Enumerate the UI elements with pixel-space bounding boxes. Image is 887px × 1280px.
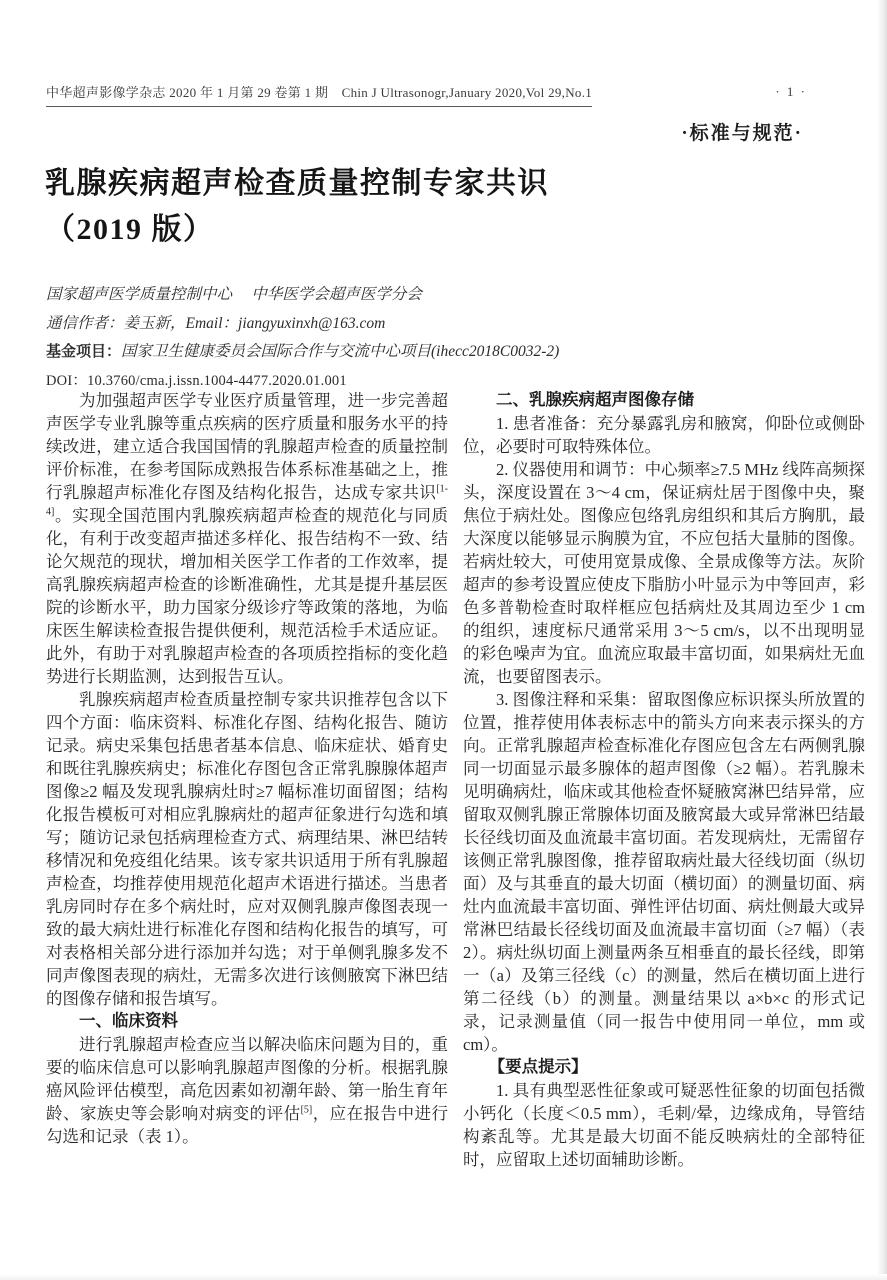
fund-text: 国家卫生健康委员会国际合作与交流中心项目(ihecc2018C0032-2) <box>121 343 559 360</box>
affiliation-line: 国家超声医学质量控制中心 中华医学会超声医学分会 <box>46 281 559 310</box>
journal-header: 中华超声影像学杂志 2020 年 1 月第 29 卷第 1 期 Chin J U… <box>46 82 592 107</box>
article-title: 乳腺疾病超声检查质量控制专家共识 （2019 版） <box>45 161 549 253</box>
section-heading-image-storage: 二、乳腺疾病超声图像存储 <box>463 389 865 412</box>
paragraph-instrument: 2. 仪器使用和调节：中心频率≥7.5 MHz 线阵高频探头，深度设置在 3～4… <box>463 458 865 688</box>
article-title-line1: 乳腺疾病超声检查质量控制专家共识 <box>45 161 549 207</box>
article-meta: 国家超声医学质量控制中心 中华医学会超声医学分会 通信作者：姜玉新，Email：… <box>46 281 559 395</box>
paragraph-text: 为加强超声医学专业医疗质量管理，进一步完善超声医学专业乳腺等重点疾病的医疗质量和… <box>46 391 448 502</box>
correspondence-line: 通信作者：姜玉新，Email：jiangyuxinxh@163.com <box>46 310 559 339</box>
article-title-line2: （2019 版） <box>45 207 549 253</box>
page-number: · 1 · <box>775 84 807 100</box>
left-column: 为加强超声医学专业医疗质量管理，进一步完善超声医学专业乳腺等重点疾病的医疗质量和… <box>46 389 448 1148</box>
journal-citation: 中华超声影像学杂志 2020 年 1 月第 29 卷第 1 期 Chin J U… <box>46 82 592 107</box>
right-column: 二、乳腺疾病超声图像存储 1. 患者准备：充分暴露乳房和腋窝，仰卧位或侧卧位，必… <box>463 389 865 1171</box>
paragraph-intro: 为加强超声医学专业医疗质量管理，进一步完善超声医学专业乳腺等重点疾病的医疗质量和… <box>46 389 448 688</box>
fund-label: 基金项目： <box>46 343 121 360</box>
journal-page: { "colors": { "text": "#2a2a2a", "backgr… <box>0 0 887 1280</box>
section-heading-clinical-data: 一、临床资料 <box>46 1010 448 1033</box>
page-scan-edge-bottom <box>0 1274 887 1280</box>
paragraph-text: 。实现全国范围内乳腺疾病超声检查的规范化与同质化，有利于改变超声描述多样化、报告… <box>46 506 448 686</box>
paragraph-clinical-data: 进行乳腺超声检查应当以解决临床问题为目的，重要的临床信息可以影响乳腺超声图像的分… <box>46 1033 448 1148</box>
reference-superscript: [5] <box>301 1105 313 1116</box>
paragraph-annotation: 3. 图像注释和采集：留取图像应标识探头所放置的位置，推荐使用体表标志中的箭头方… <box>463 688 865 1056</box>
paragraph-patient-prep: 1. 患者准备：充分暴露乳房和腋窝，仰卧位或侧卧位，必要时可取特殊体位。 <box>463 412 865 458</box>
paragraph-scope: 乳腺疾病超声检查质量控制专家共识推荐包含以下四个方面：临床资料、标准化存图、结构… <box>46 688 448 1010</box>
fund-line: 基金项目：国家卫生健康委员会国际合作与交流中心项目(ihecc2018C0032… <box>46 338 559 367</box>
section-heading-key-points: 【要点提示】 <box>463 1056 865 1079</box>
page-scan-edge <box>877 0 887 1280</box>
paragraph-key-point-1: 1. 具有典型恶性征象或可疑恶性征象的切面包括微小钙化（长度＜0.5 mm），毛… <box>463 1079 865 1171</box>
section-label: ·标准与规范· <box>681 118 803 145</box>
article-body: 为加强超声医学专业医疗质量管理，进一步完善超声医学专业乳腺等重点疾病的医疗质量和… <box>46 389 865 1171</box>
